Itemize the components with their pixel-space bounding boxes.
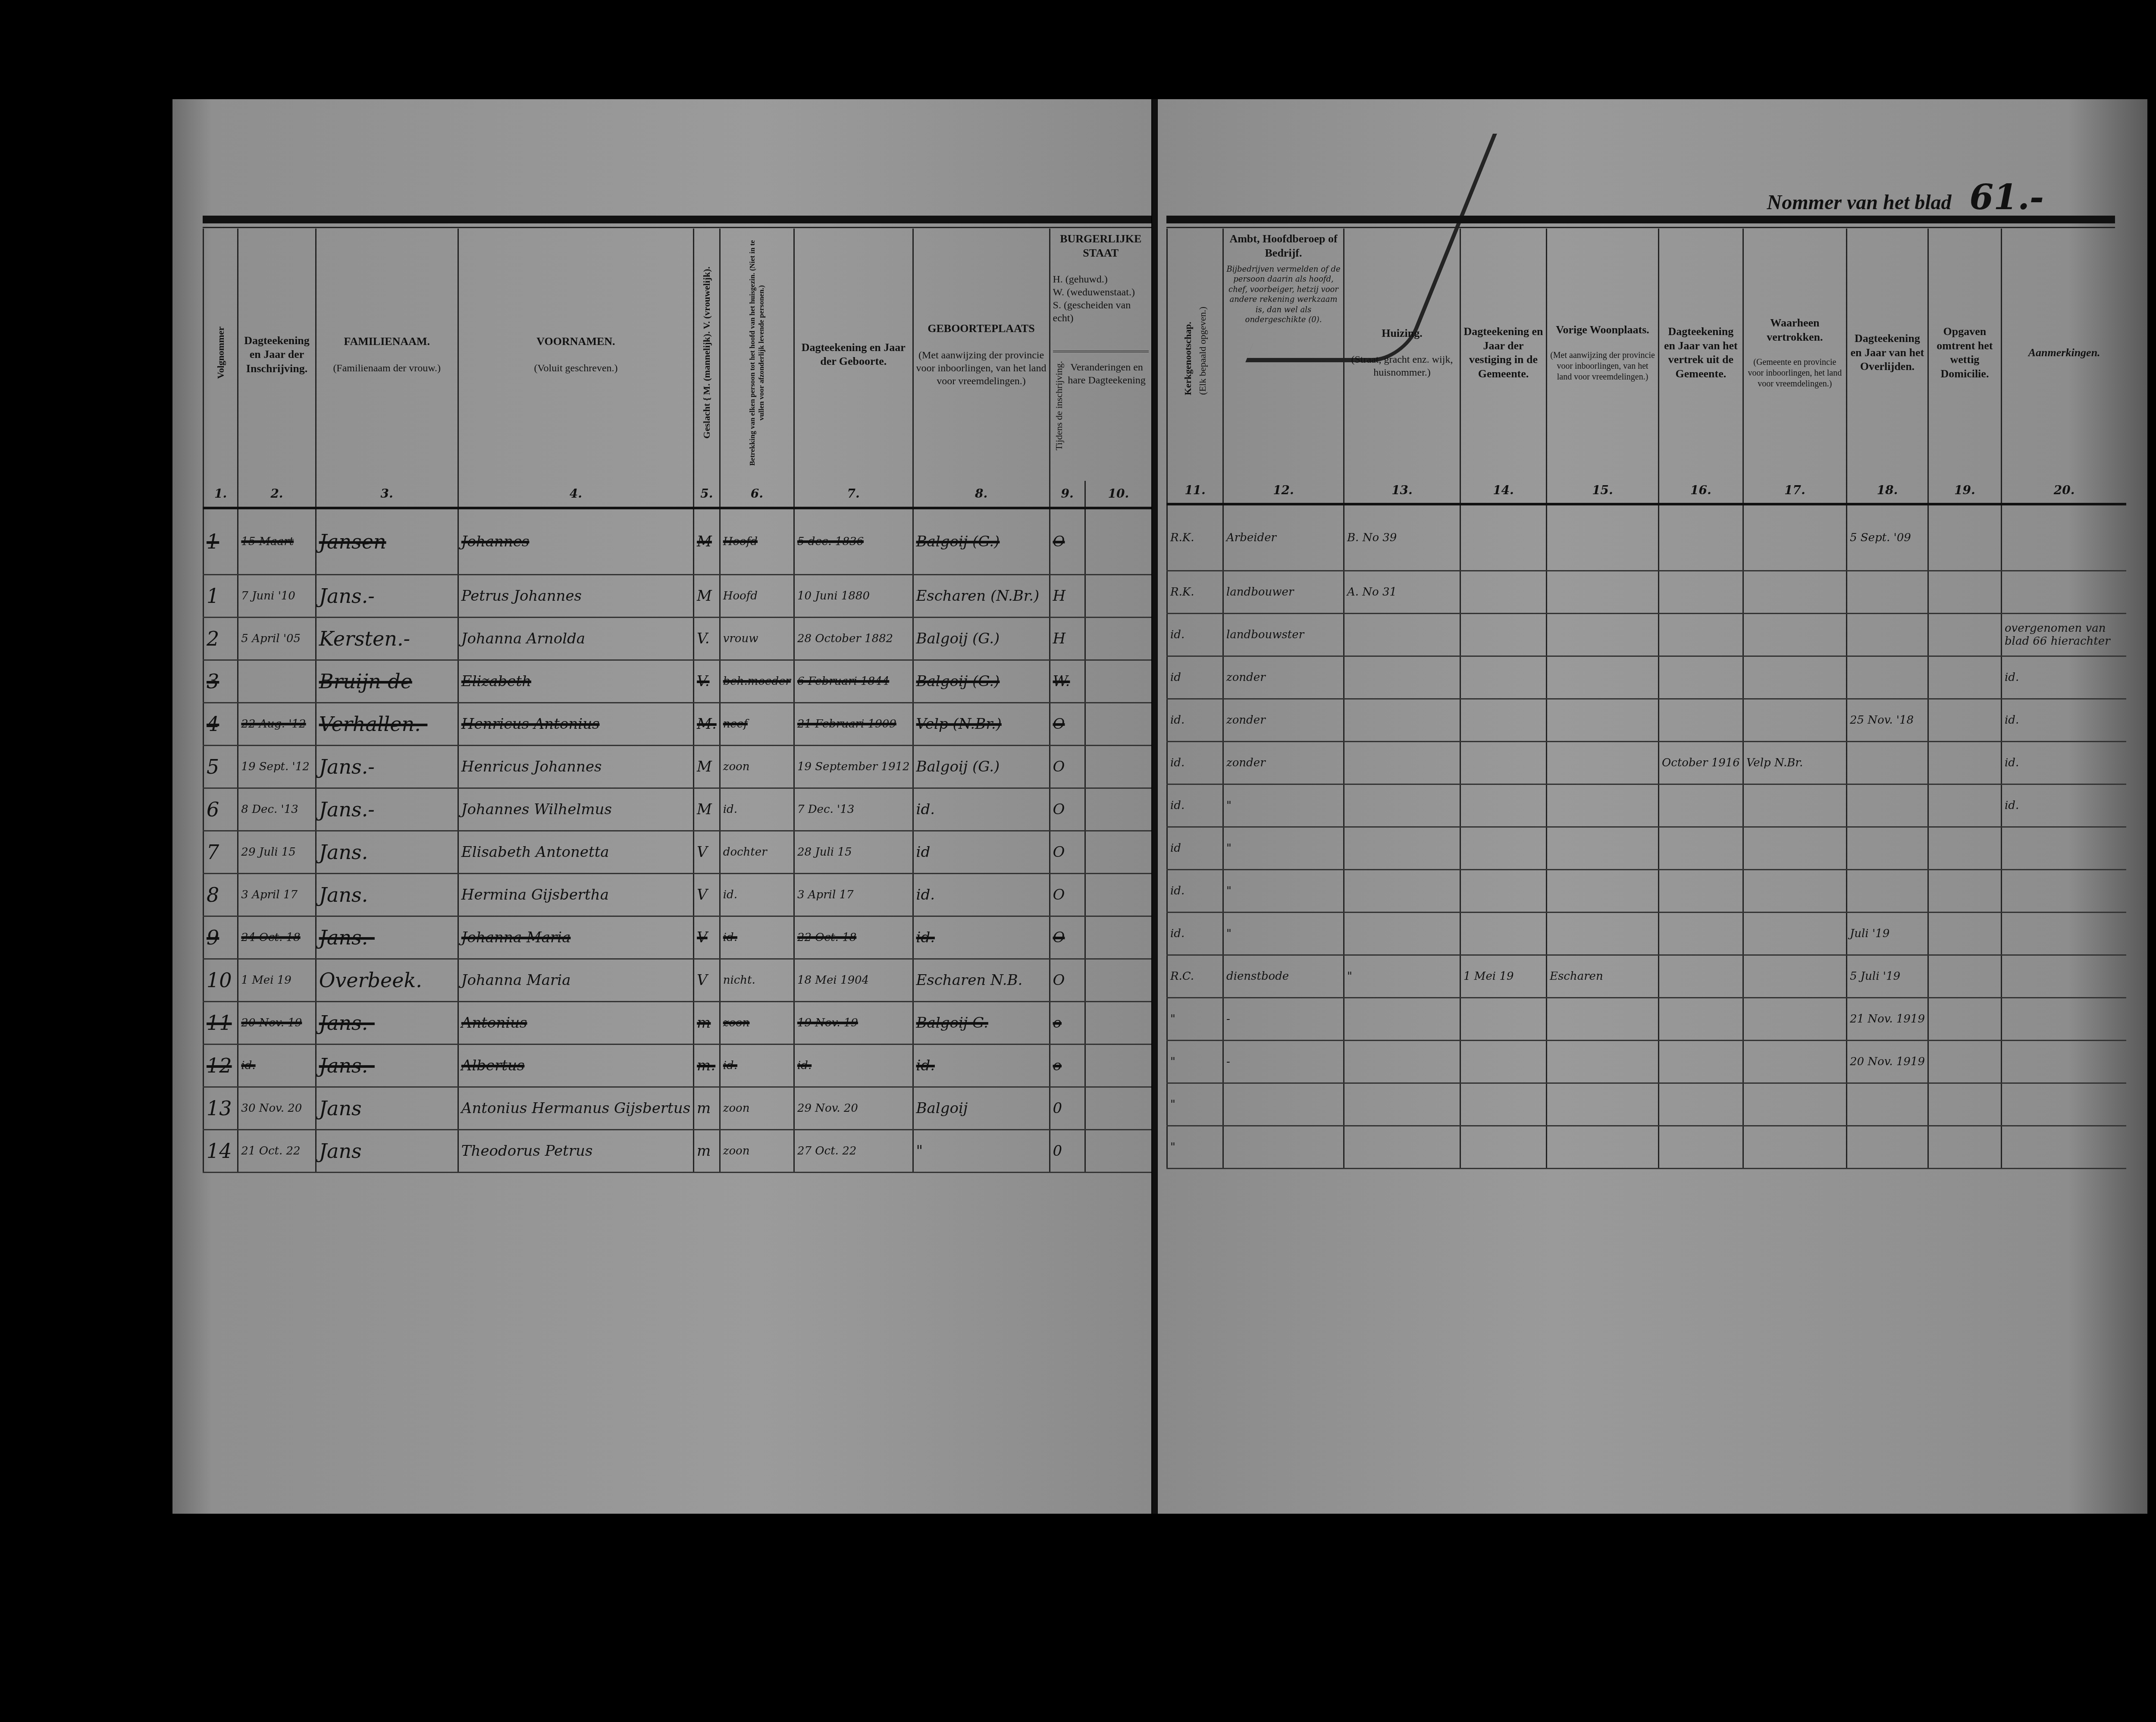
given-names: Johannes Wilhelmus <box>458 788 693 831</box>
domicile <box>1928 504 2001 571</box>
col-num: 11. <box>1167 477 1223 504</box>
death-date <box>1846 742 1928 784</box>
col-header-vertrek: Dagteekening en Jaar van het vertrek uit… <box>1659 229 1743 477</box>
registration-date: 7 Juni '10 <box>238 574 316 617</box>
occupation: - <box>1223 1041 1344 1083</box>
previous-residence <box>1547 571 1659 614</box>
given-names: Elizabeth <box>458 660 693 703</box>
settlement-date <box>1460 870 1547 913</box>
header-top-rule <box>1166 216 2115 223</box>
death-date: 21 Nov. 1919 <box>1846 998 1928 1041</box>
occupation: Arbeider <box>1223 504 1344 571</box>
occupation <box>1223 1083 1344 1126</box>
col-header-geboorteplaats: GEBOORTEPLAATS(Met aanwijzing der provin… <box>913 229 1050 481</box>
death-date <box>1846 784 1928 827</box>
registration-date: 30 Nov. 20 <box>238 1087 316 1129</box>
surname: Jansen <box>316 508 458 575</box>
given-names: Johanna Maria <box>458 959 693 1001</box>
death-date <box>1846 614 1928 656</box>
relation: Hoofd <box>720 508 794 575</box>
relation: dochter <box>720 831 794 873</box>
death-date: 25 Nov. '18 <box>1846 699 1928 742</box>
civil-changes <box>1085 1087 1151 1129</box>
surname: Jans.- <box>316 574 458 617</box>
surname: Jans. <box>316 831 458 873</box>
relation: beh.moeder <box>720 660 794 703</box>
domicile <box>1928 1041 2001 1083</box>
row-number: 11 <box>204 1001 238 1044</box>
table-row: 68 Dec. '13Jans.-Johannes WilhelmusMid.7… <box>204 788 1152 831</box>
departure-date <box>1659 699 1743 742</box>
destination <box>1743 955 1846 998</box>
house-address <box>1344 699 1460 742</box>
previous-residence <box>1547 1083 1659 1126</box>
table-row: id" <box>1167 827 2127 870</box>
house-address <box>1344 1126 1460 1169</box>
religion: " <box>1167 1126 1223 1169</box>
sheet-number: Nommer van het blad 61.- <box>1767 177 2044 217</box>
col-header-ambt: Ambt, Hoofdberoep of Bedrijf.Bijbedrijve… <box>1223 229 1344 477</box>
house-address <box>1344 1041 1460 1083</box>
table-row: 519 Sept. '12Jans.-Henricus JohannesMzoo… <box>204 745 1152 788</box>
sex: V <box>694 916 720 959</box>
religion: id <box>1167 656 1223 699</box>
remarks <box>2001 1083 2126 1126</box>
given-names: Hermina Gijsbertha <box>458 873 693 916</box>
domicile <box>1928 913 2001 955</box>
table-row: R.K.ArbeiderB. No 395 Sept. '09 <box>1167 504 2127 571</box>
relation: id. <box>720 916 794 959</box>
departure-date <box>1659 571 1743 614</box>
table-row: " <box>1167 1126 2127 1169</box>
birth-date: 7 Dec. '13 <box>794 788 913 831</box>
occupation: - <box>1223 998 1344 1041</box>
col-header-burgerlijke-staat: BURGERLIJKE STAAT H. (gehuwd.) W. (weduw… <box>1050 229 1151 481</box>
destination <box>1743 504 1846 571</box>
domicile <box>1928 1126 2001 1169</box>
departure-date <box>1659 955 1743 998</box>
destination: Velp N.Br. <box>1743 742 1846 784</box>
col-header-inschrijving: Dagteekening en Jaar der Inschrijving. <box>238 229 316 481</box>
domicile <box>1928 656 2001 699</box>
table-row: 83 April 17Jans.Hermina GijsberthaVid.3 … <box>204 873 1152 916</box>
sex: m. <box>694 1044 720 1087</box>
table-row: 729 Juli 15Jans.Elisabeth AntonettaVdoch… <box>204 831 1152 873</box>
table-row: "-21 Nov. 1919 <box>1167 998 2127 1041</box>
settlement-date <box>1460 699 1547 742</box>
death-date <box>1846 1083 1928 1126</box>
table-row: 924 Oct. 18Jans.-Johanna MariaVid.22 Oct… <box>204 916 1152 959</box>
previous-residence <box>1547 699 1659 742</box>
left-register-table: Volgnommer Dagteekening en Jaar der Insc… <box>203 229 1151 1173</box>
row-number: 3 <box>204 660 238 703</box>
settlement-date <box>1460 913 1547 955</box>
destination <box>1743 699 1846 742</box>
religion: id <box>1167 827 1223 870</box>
registration-date <box>238 660 316 703</box>
departure-date <box>1659 1041 1743 1083</box>
sex: m <box>694 1087 720 1129</box>
birth-date: 28 Juli 15 <box>794 831 913 873</box>
remarks <box>2001 870 2126 913</box>
remarks <box>2001 955 2126 998</box>
birthplace: " <box>913 1129 1050 1172</box>
table-row: idzonderid. <box>1167 656 2127 699</box>
given-names: Johanna Arnolda <box>458 617 693 660</box>
birth-date: 6 Februari 1844 <box>794 660 913 703</box>
departure-date: October 1916 <box>1659 742 1743 784</box>
birthplace: Velp (N.Br.) <box>913 703 1050 745</box>
relation: zoon <box>720 1087 794 1129</box>
sex: M <box>694 788 720 831</box>
sex: V. <box>694 617 720 660</box>
relation: nicht. <box>720 959 794 1001</box>
destination <box>1743 1126 1846 1169</box>
occupation: zonder <box>1223 656 1344 699</box>
relation: Hoofd <box>720 574 794 617</box>
col-num: 20. <box>2001 477 2126 504</box>
domicile <box>1928 571 2001 614</box>
row-number: 9 <box>204 916 238 959</box>
departure-date <box>1659 504 1743 571</box>
destination <box>1743 870 1846 913</box>
row-number: 5 <box>204 745 238 788</box>
sex: m <box>694 1129 720 1172</box>
col-header-aanmerkingen: Aanmerkingen. <box>2001 229 2126 477</box>
table-row: 115 MaartJansenJohannesMHoofd5 dec. 1836… <box>204 508 1152 575</box>
death-date <box>1846 870 1928 913</box>
col-header-geboorte: Dagteekening en Jaar der Geboorte. <box>794 229 913 481</box>
column-number-row: 11. 12. 13. 14. 15. 16. 17. 18. 19. 20. <box>1167 477 2127 504</box>
table-row: 3Bruijn-deElizabethV.beh.moeder6 Februar… <box>204 660 1152 703</box>
col-num: 1. <box>204 481 238 508</box>
occupation: dienstbode <box>1223 955 1344 998</box>
house-address <box>1344 614 1460 656</box>
civil-status: o <box>1050 1001 1085 1044</box>
table-row: R.C.dienstbode"1 Mei 19Escharen5 Juli '1… <box>1167 955 2127 998</box>
sex: V <box>694 959 720 1001</box>
col-num: 4. <box>458 481 693 508</box>
given-names: Johannes <box>458 508 693 575</box>
table-row: id."id. <box>1167 784 2127 827</box>
remarks <box>2001 998 2126 1041</box>
remarks <box>2001 571 2126 614</box>
civil-changes <box>1085 916 1151 959</box>
header-row: Kerkgenootschap. (Elk bepaald opgeven.) … <box>1167 229 2127 477</box>
surname: Kersten.- <box>316 617 458 660</box>
header-row: Volgnommer Dagteekening en Jaar der Insc… <box>204 229 1152 481</box>
col-header-huizing: Huizing.(Straat, gracht enz. wijk, huisn… <box>1344 229 1460 477</box>
row-number: 4 <box>204 703 238 745</box>
destination <box>1743 1083 1846 1126</box>
row-number: 8 <box>204 873 238 916</box>
civil-changes <box>1085 1044 1151 1087</box>
surname: Jans <box>316 1129 458 1172</box>
relation: zoon <box>720 745 794 788</box>
row-number: 14 <box>204 1129 238 1172</box>
previous-residence <box>1547 827 1659 870</box>
surname: Jans. <box>316 873 458 916</box>
table-row: "-20 Nov. 1919 <box>1167 1041 2127 1083</box>
death-date: Juli '19 <box>1846 913 1928 955</box>
table-row: id."Juli '19 <box>1167 913 2127 955</box>
registration-date: 5 April '05 <box>238 617 316 660</box>
destination <box>1743 656 1846 699</box>
settlement-date: 1 Mei 19 <box>1460 955 1547 998</box>
row-number: 10 <box>204 959 238 1001</box>
birth-date: 18 Mei 1904 <box>794 959 913 1001</box>
religion: " <box>1167 1083 1223 1126</box>
given-names: Henricus Antonius <box>458 703 693 745</box>
birth-date: 28 October 1882 <box>794 617 913 660</box>
occupation: zonder <box>1223 742 1344 784</box>
previous-residence <box>1547 870 1659 913</box>
civil-status: O <box>1050 916 1085 959</box>
col-header-familienaam: FAMILIENAAM.(Familienaam der vrouw.) <box>316 229 458 481</box>
surname: Jans.- <box>316 745 458 788</box>
departure-date <box>1659 913 1743 955</box>
previous-residence <box>1547 656 1659 699</box>
domicile <box>1928 998 2001 1041</box>
table-row: 12id.Jans.-Albertusm.id.id.id.o <box>204 1044 1152 1087</box>
row-number: 12 <box>204 1044 238 1087</box>
birth-date: 3 April 17 <box>794 873 913 916</box>
given-names: Albertus <box>458 1044 693 1087</box>
table-row: 1120 Nov. 19Jans.-Antoniusmzoon19 Nov. 1… <box>204 1001 1152 1044</box>
relation: id. <box>720 873 794 916</box>
civil-status: O <box>1050 831 1085 873</box>
col-header-overlijden: Dagteekening en Jaar van het Overlijden. <box>1846 229 1928 477</box>
occupation: landbouwer <box>1223 571 1344 614</box>
departure-date <box>1659 870 1743 913</box>
birth-date: 29 Nov. 20 <box>794 1087 913 1129</box>
relation: neef <box>720 703 794 745</box>
relation: zoon <box>720 1001 794 1044</box>
departure-date <box>1659 614 1743 656</box>
domicile <box>1928 699 2001 742</box>
domicile <box>1928 827 2001 870</box>
remarks <box>2001 827 2126 870</box>
settlement-date <box>1460 1083 1547 1126</box>
civil-changes <box>1085 788 1151 831</box>
civil-changes <box>1085 703 1151 745</box>
col-header-kerkgenootschap: Kerkgenootschap. (Elk bepaald opgeven.) <box>1167 229 1223 477</box>
religion: id. <box>1167 870 1223 913</box>
table-row: 25 April '05Kersten.-Johanna ArnoldaV.vr… <box>204 617 1152 660</box>
col-header-vestiging: Dagteekening en Jaar der vestiging in de… <box>1460 229 1547 477</box>
house-address <box>1344 870 1460 913</box>
col-num: 18. <box>1846 477 1928 504</box>
col-num: 2. <box>238 481 316 508</box>
settlement-date <box>1460 827 1547 870</box>
given-names: Antonius <box>458 1001 693 1044</box>
settlement-date <box>1460 1126 1547 1169</box>
registration-date: 15 Maart <box>238 508 316 575</box>
table-row: 1421 Oct. 22JansTheodorus Petrusmzoon27 … <box>204 1129 1152 1172</box>
given-names: Petrus Johannes <box>458 574 693 617</box>
death-date <box>1846 1126 1928 1169</box>
right-register-table: Kerkgenootschap. (Elk bepaald opgeven.) … <box>1166 229 2126 1169</box>
house-address: " <box>1344 955 1460 998</box>
given-names: Johanna Maria <box>458 916 693 959</box>
remarks: id. <box>2001 699 2126 742</box>
col-num: 9. <box>1050 481 1085 508</box>
birthplace: id. <box>913 788 1050 831</box>
civil-status: O <box>1050 508 1085 575</box>
birthplace: Balgoij (G.) <box>913 660 1050 703</box>
previous-residence <box>1547 742 1659 784</box>
sex: M. <box>694 703 720 745</box>
birthplace: id <box>913 831 1050 873</box>
settlement-date <box>1460 1041 1547 1083</box>
birthplace: Balgoij (G.) <box>913 508 1050 575</box>
right-page: Nommer van het blad 61.- Kerkgenootschap… <box>1158 99 2147 1514</box>
birthplace: Escharen N.B. <box>913 959 1050 1001</box>
birth-date: 5 dec. 1836 <box>794 508 913 575</box>
table-row: 101 Mei 19Overbeek.Johanna MariaVnicht.1… <box>204 959 1152 1001</box>
departure-date <box>1659 784 1743 827</box>
col-num: 12. <box>1223 477 1344 504</box>
left-page: Volgnommer Dagteekening en Jaar der Insc… <box>172 99 1151 1514</box>
sheet-number-label: Nommer van het blad <box>1767 191 1952 214</box>
birthplace: Balgoij G. <box>913 1001 1050 1044</box>
civil-changes <box>1085 873 1151 916</box>
sex: m <box>694 1001 720 1044</box>
religion: R.C. <box>1167 955 1223 998</box>
departure-date <box>1659 1083 1743 1126</box>
given-names: Theodorus Petrus <box>458 1129 693 1172</box>
col-num: 10. <box>1085 481 1151 508</box>
book-spine <box>1152 99 1157 1514</box>
civil-changes <box>1085 1129 1151 1172</box>
col-num: 14. <box>1460 477 1547 504</box>
death-date <box>1846 571 1928 614</box>
house-address <box>1344 784 1460 827</box>
house-address <box>1344 742 1460 784</box>
relation: vrouw <box>720 617 794 660</box>
occupation: " <box>1223 913 1344 955</box>
relation: id. <box>720 788 794 831</box>
col-num: 7. <box>794 481 913 508</box>
civil-status: H <box>1050 617 1085 660</box>
civil-changes <box>1085 1001 1151 1044</box>
header-top-rule-thin <box>1166 227 2115 228</box>
settlement-date <box>1460 998 1547 1041</box>
departure-date <box>1659 656 1743 699</box>
civil-changes <box>1085 574 1151 617</box>
religion: id. <box>1167 742 1223 784</box>
destination <box>1743 784 1846 827</box>
religion: id. <box>1167 699 1223 742</box>
col-num: 13. <box>1344 477 1460 504</box>
civil-status: o <box>1050 1044 1085 1087</box>
remarks <box>2001 913 2126 955</box>
previous-residence <box>1547 1041 1659 1083</box>
occupation <box>1223 1126 1344 1169</box>
religion: R.K. <box>1167 571 1223 614</box>
religion: " <box>1167 998 1223 1041</box>
previous-residence <box>1547 913 1659 955</box>
given-names: Henricus Johannes <box>458 745 693 788</box>
surname: Verhallen.- <box>316 703 458 745</box>
row-number: 1 <box>204 508 238 575</box>
col-header-domicilie: Opgaven omtrent het wettig Domicilie. <box>1928 229 2001 477</box>
destination <box>1743 571 1846 614</box>
settlement-date <box>1460 742 1547 784</box>
registration-date: 3 April 17 <box>238 873 316 916</box>
sex: M <box>694 508 720 575</box>
registration-date: 8 Dec. '13 <box>238 788 316 831</box>
remarks: id. <box>2001 784 2126 827</box>
departure-date <box>1659 1126 1743 1169</box>
house-address <box>1344 1083 1460 1126</box>
row-number: 1 <box>204 574 238 617</box>
relation: id. <box>720 1044 794 1087</box>
civil-changes <box>1085 831 1151 873</box>
birthplace: Balgoij <box>913 1087 1050 1129</box>
civil-status: O <box>1050 788 1085 831</box>
sex: V <box>694 873 720 916</box>
remarks <box>2001 1041 2126 1083</box>
table-row: id.zonderOctober 1916Velp N.Br.id. <box>1167 742 2127 784</box>
previous-residence: Escharen <box>1547 955 1659 998</box>
sheet-number-value: 61.- <box>1970 177 2044 217</box>
registration-date: id. <box>238 1044 316 1087</box>
relation: zoon <box>720 1129 794 1172</box>
birth-date: 19 September 1912 <box>794 745 913 788</box>
registration-date: 22 Aug. '12 <box>238 703 316 745</box>
registration-date: 21 Oct. 22 <box>238 1129 316 1172</box>
registration-date: 20 Nov. 19 <box>238 1001 316 1044</box>
civil-status: O <box>1050 703 1085 745</box>
surname: Jans.- <box>316 788 458 831</box>
house-address <box>1344 827 1460 870</box>
civil-status: W. <box>1050 660 1085 703</box>
sex: V. <box>694 660 720 703</box>
house-address <box>1344 913 1460 955</box>
religion: id. <box>1167 614 1223 656</box>
sex: M <box>694 574 720 617</box>
domicile <box>1928 742 2001 784</box>
surname: Bruijn-de <box>316 660 458 703</box>
destination <box>1743 998 1846 1041</box>
previous-residence <box>1547 504 1659 571</box>
header-top-rule <box>203 216 1151 223</box>
table-row: id." <box>1167 870 2127 913</box>
previous-residence <box>1547 1126 1659 1169</box>
domicile <box>1928 870 2001 913</box>
col-header-geslacht: Geslacht { M. (mannelijk). V. (vrouwelij… <box>694 229 720 481</box>
birthplace: id. <box>913 1044 1050 1087</box>
column-number-row: 1. 2. 3. 4. 5. 6. 7. 8. 9. 10. <box>204 481 1152 508</box>
row-number: 6 <box>204 788 238 831</box>
col-header-volgnommer: Volgnommer <box>204 229 238 481</box>
table-row: id.landbouwsterovergenomen van blad 66 h… <box>1167 614 2127 656</box>
civil-changes <box>1085 660 1151 703</box>
birthplace: Balgoij (G.) <box>913 745 1050 788</box>
civil-status: 0 <box>1050 1087 1085 1129</box>
registration-date: 24 Oct. 18 <box>238 916 316 959</box>
occupation: " <box>1223 827 1344 870</box>
death-date: 5 Juli '19 <box>1846 955 1928 998</box>
house-address <box>1344 998 1460 1041</box>
religion: id. <box>1167 913 1223 955</box>
col-num: 8. <box>913 481 1050 508</box>
departure-date <box>1659 998 1743 1041</box>
death-date <box>1846 827 1928 870</box>
remarks: id. <box>2001 656 2126 699</box>
birth-date: 27 Oct. 22 <box>794 1129 913 1172</box>
